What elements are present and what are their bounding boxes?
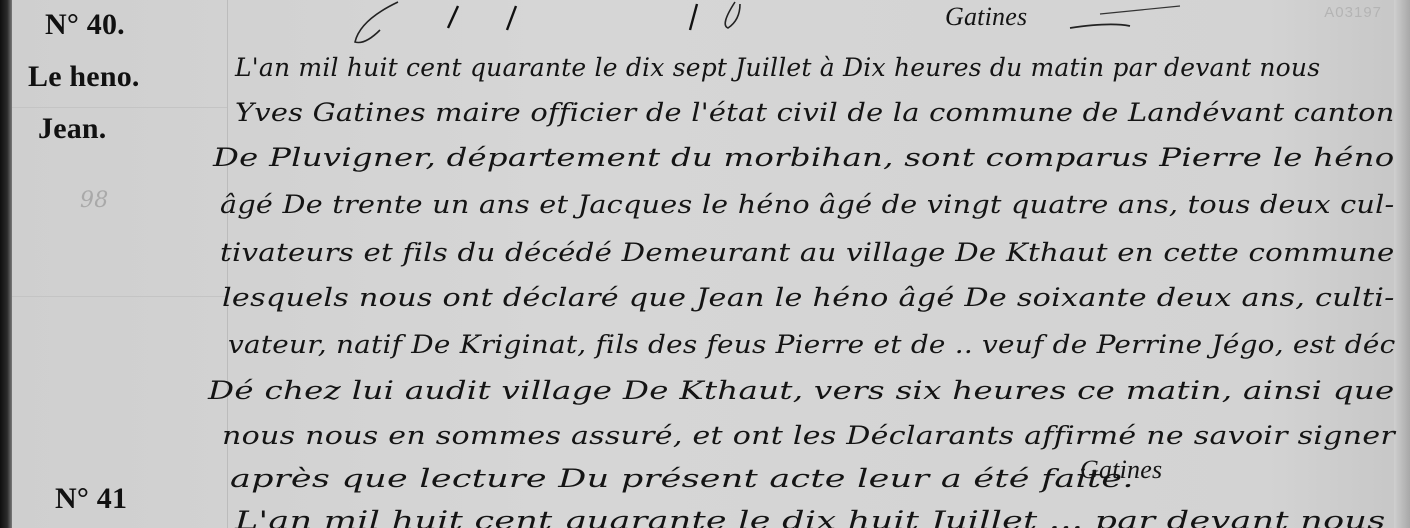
page-right-edge bbox=[1394, 0, 1410, 528]
record-line: vateur, natif De Kriginat, fils des feus… bbox=[228, 332, 1395, 357]
record-line: tivateurs et fils du décédé Demeurant au… bbox=[220, 240, 1395, 265]
entry-number: N° 41 bbox=[55, 482, 127, 516]
record-line-partial: L'an mil huit cent quarante le dix huit … bbox=[235, 508, 1385, 528]
margin-divider bbox=[12, 296, 227, 297]
previous-entry-descenders bbox=[0, 0, 1410, 45]
record-line: lesquels nous ont déclaré que Jean le hé… bbox=[222, 285, 1395, 310]
pencil-margin-number: 98 bbox=[80, 188, 108, 213]
previous-entry-signature: Gatines bbox=[945, 2, 1027, 32]
record-line: Yves Gatines maire officier de l'état ci… bbox=[235, 100, 1395, 125]
margin-divider bbox=[12, 107, 227, 108]
record-line: L'an mil huit cent quarante le dix sept … bbox=[235, 55, 1395, 80]
record-line: De Pluvigner, département du morbihan, s… bbox=[213, 145, 1394, 170]
record-line: âgé De trente un ans et Jacques le héno … bbox=[220, 192, 1394, 217]
deceased-surname: Le heno. bbox=[28, 60, 140, 94]
officer-signature: Gatines bbox=[1080, 455, 1162, 485]
entry-number: N° 40. bbox=[45, 8, 125, 42]
record-line: Dé chez lui audit village De Kthaut, ver… bbox=[208, 378, 1395, 403]
deceased-given-name: Jean. bbox=[38, 112, 107, 146]
record-line: après que lecture Du présent acte leur a… bbox=[230, 466, 1134, 491]
record-line: nous nous en sommes assuré, et ont les D… bbox=[222, 423, 1395, 448]
register-page: Gatines A03197 N° 40. Le heno. Jean. 98 … bbox=[0, 0, 1410, 528]
book-binding-edge bbox=[0, 0, 12, 528]
archive-stamp: A03197 bbox=[1324, 4, 1382, 21]
